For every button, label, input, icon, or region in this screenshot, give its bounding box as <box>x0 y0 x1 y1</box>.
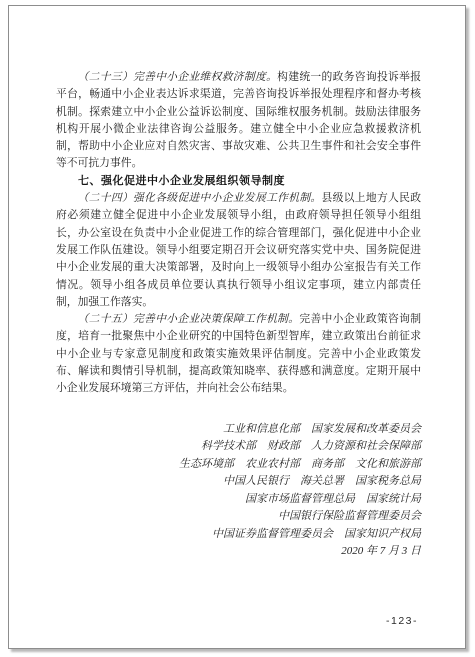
document-body: （二十三）完善中小企业维权救济制度。构建统一的政务咨询投诉举报平台，畅通中小企业… <box>56 69 421 561</box>
signatory-line-6: 中国银行保险监督管理委员会 <box>56 508 421 526</box>
document-date: 2020 年 7 月 3 日 <box>56 543 421 561</box>
paragraph-25-text: 完善中小企业政策咨询制度，培育一批聚焦中小企业研究的中国特色新型智库，建立政策出… <box>56 313 421 394</box>
paragraph-25: （二十五）完善中小企业决策保障工作机制。完善中小企业政策咨询制度，培育一批聚焦中… <box>56 311 421 397</box>
paragraph-24-lead: （二十四）强化各级促进中小企业发展工作机制。 <box>78 192 322 204</box>
page-number: -123- <box>386 615 418 627</box>
signatory-line-1: 工业和信息化部 国家发展和改革委员会 <box>56 421 421 439</box>
paragraph-23: （二十三）完善中小企业维权救济制度。构建统一的政务咨询投诉举报平台，畅通中小企业… <box>56 69 421 173</box>
signature-block: 工业和信息化部 国家发展和改革委员会 科学技术部 财政部 人力资源和社会保障部 … <box>56 421 421 561</box>
signatory-line-3: 生态环境部 农业农村部 商务部 文化和旅游部 <box>56 456 421 474</box>
section-heading-7: 七、强化促进中小企业发展组织领导制度 <box>56 173 421 190</box>
paragraph-24: （二十四）强化各级促进中小企业发展工作机制。县级以上地方人民政府必须建立健全促进… <box>56 190 421 311</box>
signatory-line-4: 中国人民银行 海关总署 国家税务总局 <box>56 473 421 491</box>
paragraph-23-text: 构建统一的政务咨询投诉举报平台，畅通中小企业表达诉求渠道，完善咨询投诉举报处理程… <box>56 71 421 169</box>
signatory-line-7: 中国证券监督管理委员会 国家知识产权局 <box>56 526 421 544</box>
paragraph-24-text: 县级以上地方人民政府必须建立健全促进中小企业发展领导小组，由政府领导担任领导小组… <box>56 192 421 308</box>
signatory-line-5: 国家市场监督管理总局 国家统计局 <box>56 491 421 509</box>
document-page: （二十三）完善中小企业维权救济制度。构建统一的政务咨询投诉举报平台，畅通中小企业… <box>8 5 466 649</box>
paragraph-25-lead: （二十五）完善中小企业决策保障工作机制。 <box>78 313 300 325</box>
signatory-line-2: 科学技术部 财政部 人力资源和社会保障部 <box>56 438 421 456</box>
paragraph-23-lead: （二十三）完善中小企业维权救济制度。 <box>78 71 278 83</box>
